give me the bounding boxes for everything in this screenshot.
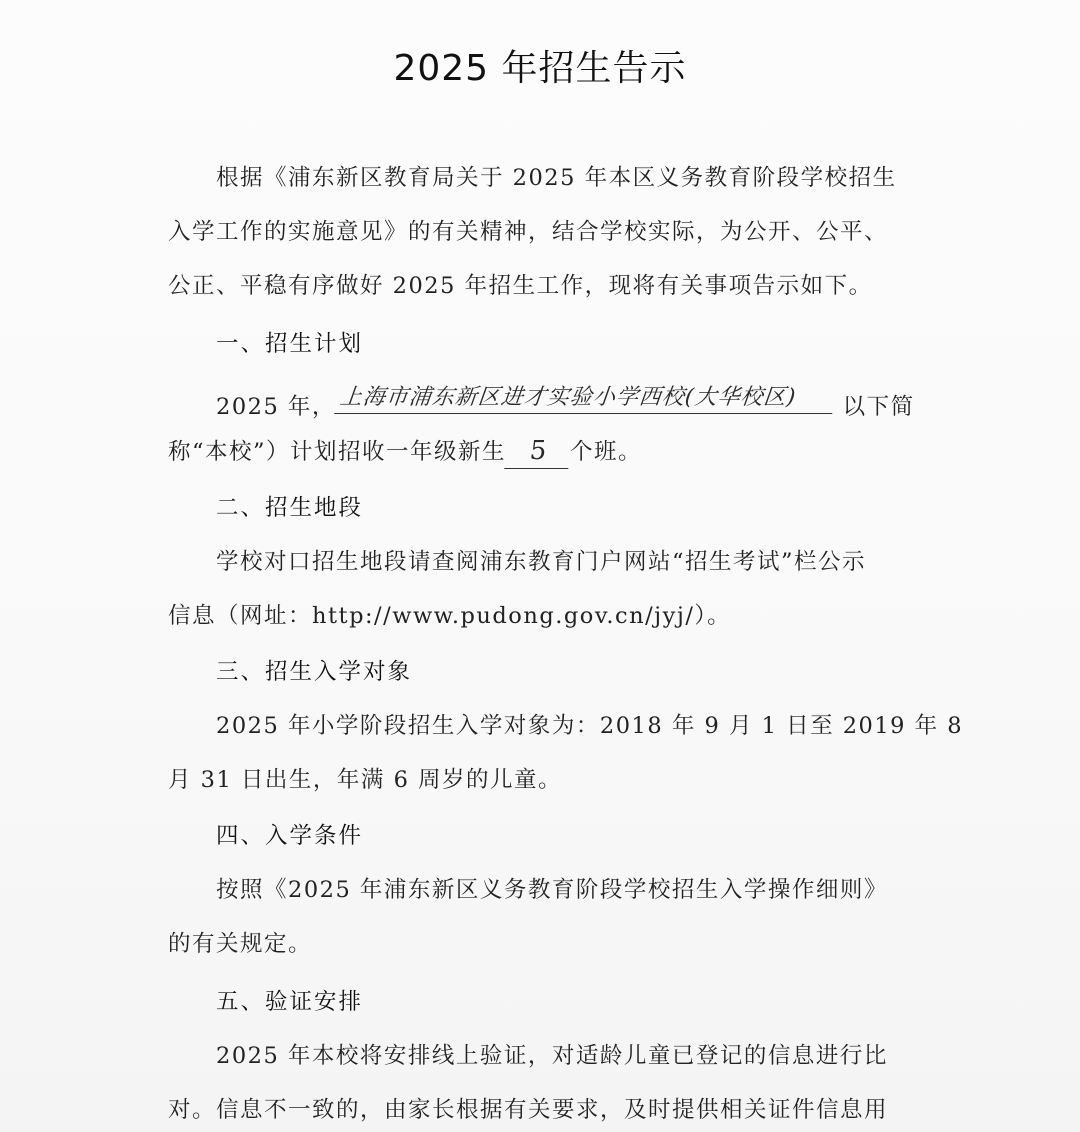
eligible-children-line-1: 2025 年小学阶段招生入学对象为：2018 年 9 月 1 日至 2019 年… [216, 708, 898, 740]
enrollment-zone-line-2: 信息（网址：http://www.pudong.gov.cn/jyj/）。 [168, 598, 898, 630]
verification-line-1: 2025 年本校将安排线上验证，对适龄儿童已登记的信息进行比 [216, 1038, 898, 1070]
plan-suffix: 以下简 [834, 394, 915, 420]
enrollment-plan-line-2: 称“本校”）计划招收一年级新生5个班。 [168, 434, 898, 469]
scanned-document-page: 2025 年招生告示 根据《浦东新区教育局关于 2025 年本区义务教育阶段学校… [0, 0, 1080, 1132]
section-heading-eligible-children: 三、招生入学对象 [216, 654, 412, 686]
eligible-children-line-2: 月 31 日出生，年满 6 周岁的儿童。 [168, 762, 898, 794]
plan-line2-prefix: 称“本校”）计划招收一年级新生 [168, 439, 506, 465]
enrollment-zone-line-1: 学校对口招生地段请查阅浦东教育门户网站“招生考试”栏公示 [216, 544, 898, 576]
plan-line2-suffix: 个班。 [570, 439, 642, 465]
admission-conditions-line-1: 按照《2025 年浦东新区义务教育阶段学校招生入学操作细则》 [216, 872, 898, 904]
verification-line-2: 对。信息不一致的，由家长根据有关要求，及时提供相关证件信息用 [168, 1092, 898, 1124]
section-heading-enrollment-zone: 二、招生地段 [216, 490, 363, 522]
intro-line-2: 入学工作的实施意见》的有关精神，结合学校实际，为公开、公平、 [168, 214, 898, 246]
section-heading-verification: 五、验证安排 [216, 984, 363, 1016]
plan-prefix: 2025 年， [216, 394, 336, 420]
document-title: 2025 年招生告示 [0, 40, 1080, 91]
handwritten-school-name: 上海市浦东新区进才实验小学西校(大华校区) [334, 380, 836, 414]
enrollment-plan-line-1: 2025 年，上海市浦东新区进才实验小学西校(大华校区) 以下简 [216, 380, 898, 421]
admission-conditions-line-2: 的有关规定。 [168, 926, 898, 958]
intro-line-3: 公正、平稳有序做好 2025 年招生工作，现将有关事项告示如下。 [168, 268, 898, 300]
handwritten-class-count: 5 [504, 436, 571, 469]
intro-line-1: 根据《浦东新区教育局关于 2025 年本区义务教育阶段学校招生 [216, 160, 898, 192]
section-heading-enrollment-plan: 一、招生计划 [216, 326, 363, 358]
section-heading-admission-conditions: 四、入学条件 [216, 818, 363, 850]
